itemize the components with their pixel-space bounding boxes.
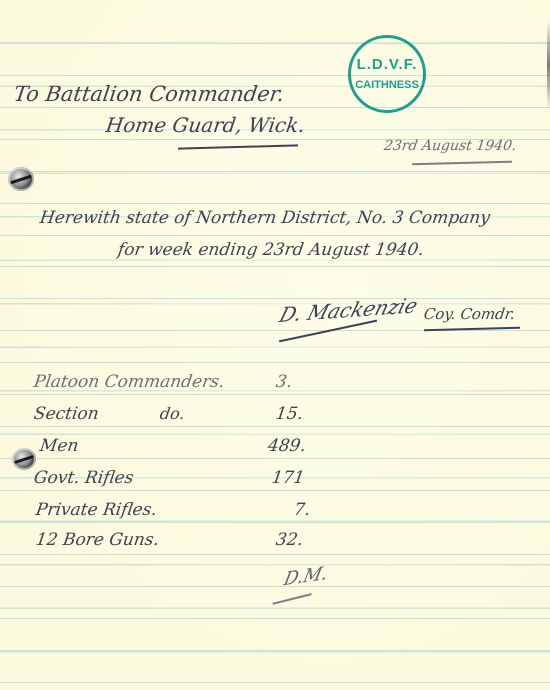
ruled-line [0, 75, 550, 76]
stamp-subtitle: CAITHNESS [355, 77, 419, 93]
ruled-line [0, 458, 550, 459]
ruled-line [0, 266, 550, 267]
row-value-section: 15. [275, 404, 305, 424]
row-ditto-section: do. [159, 404, 186, 423]
commander-title: Coy. Comdr. [423, 305, 517, 323]
stamp-title: L.D.V.F. [357, 56, 418, 74]
row-label-section: Section [33, 404, 100, 424]
punch-hole-bottom [12, 448, 36, 470]
date-underline [412, 161, 512, 165]
ruled-line [0, 298, 550, 299]
ruled-line [0, 554, 550, 555]
row-label-men: Men [39, 436, 80, 456]
ruled-line [0, 490, 550, 491]
ruled-line [0, 43, 550, 44]
ruled-line [0, 171, 550, 172]
row-value-govt-rifles: 171 [271, 468, 306, 488]
ruled-line [0, 682, 550, 683]
ruled-line [0, 618, 550, 619]
row-value-12-bore-guns: 32. [275, 530, 305, 550]
ldvf-stamp: L.D.V.F. CAITHNESS [348, 35, 426, 113]
ruled-line [0, 426, 550, 427]
ruled-line [0, 330, 550, 331]
address-line-1: To Battalion Commander. [12, 82, 286, 106]
row-value-platoon-commanders: 3. [275, 372, 294, 392]
row-label-platoon-commanders: Platoon Commanders. [33, 372, 226, 392]
address-line-2: Home Guard, Wick. [104, 113, 306, 137]
row-label-private-rifles: Private Rifles. [35, 500, 159, 520]
punch-hole-top [8, 167, 34, 191]
row-label-govt-rifles: Govt. Rifles [33, 468, 135, 488]
letter-date: 23rd August 1940. [383, 138, 518, 154]
body-line-2: for week ending 23rd August 1940. [117, 240, 426, 260]
row-value-private-rifles: 7. [293, 500, 312, 520]
ruled-paper: L.D.V.F. CAITHNESS To Battalion Commande… [0, 0, 550, 690]
ruled-line [0, 362, 550, 363]
initials-flourish [272, 593, 311, 604]
row-label-12-bore-guns: 12 Bore Guns. [35, 530, 161, 550]
ruled-line [0, 522, 550, 523]
address-underline [178, 144, 298, 149]
ruled-line [0, 203, 550, 204]
ruled-line [0, 235, 550, 236]
ruled-line [0, 650, 550, 651]
body-line-1: Herewith state of Northern District, No.… [39, 208, 492, 228]
row-value-men: 489. [267, 436, 308, 456]
ruled-line [0, 394, 550, 395]
ruled-line [0, 586, 550, 587]
ruled-line [0, 107, 550, 108]
